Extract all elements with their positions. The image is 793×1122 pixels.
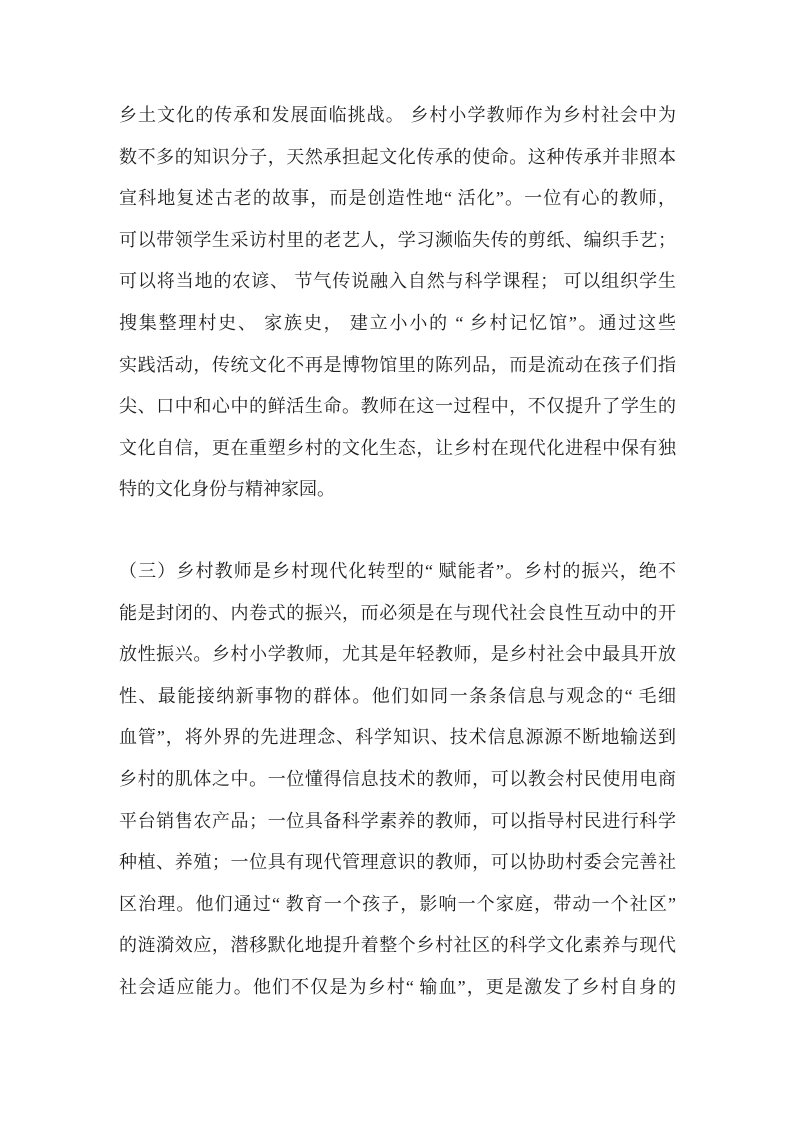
text-line: 社会适应能力。他们不仅是为乡村“ 输血”，更是激发了乡村自身的 (119, 967, 676, 1009)
paragraph-culture-inheritance: 乡土文化的传承和发展面临挑战。 乡村小学教师作为乡村社会中为数不多的知识分子，天… (119, 95, 676, 511)
text-line: 血管”，将外界的先进理念、科学知识、技术信息源源不断地输送到 (119, 717, 676, 759)
text-line: 特的文化身份与精神家园。 (119, 469, 676, 511)
text-line: （三）乡村教师是乡村现代化转型的“ 赋能者”。乡村的振兴，绝不 (119, 551, 676, 593)
text-line: 宣科地复述古老的故事，而是创造性地“ 活化”。一位有心的教师， (119, 178, 676, 220)
text-line: 实践活动，传统文化不再是博物馆里的陈列品，而是流动在孩子们指 (119, 345, 676, 387)
text-line: 搜集整理村史、 家族史， 建立小小的 “ 乡村记忆馆”。通过这些 (119, 303, 676, 345)
text-line: 文化自信，更在重塑乡村的文化生态，让乡村在现代化进程中保有独 (119, 428, 676, 470)
text-line: 平台销售农产品；一位具备科学素养的教师，可以指导村民进行科学 (119, 801, 676, 843)
text-line: 能是封闭的、内卷式的振兴，而必须是在与现代社会良性互动中的开 (119, 593, 676, 635)
text-line: 乡村的肌体之中。一位懂得信息技术的教师，可以教会村民使用电商 (119, 759, 676, 801)
text-line: 可以带领学生采访村里的老艺人，学习濒临失传的剪纸、编织手艺； (119, 220, 676, 262)
document-page: 乡土文化的传承和发展面临挑战。 乡村小学教师作为乡村社会中为数不多的知识分子，天… (0, 0, 793, 1122)
paragraph-modernization-enabler: （三）乡村教师是乡村现代化转型的“ 赋能者”。乡村的振兴，绝不能是封闭的、内卷式… (119, 551, 676, 1009)
text-line: 的涟漪效应，潜移默化地提升着整个乡村社区的科学文化素养与现代 (119, 925, 676, 967)
text-line: 放性振兴。乡村小学教师，尤其是年轻教师，是乡村社会中最具开放 (119, 634, 676, 676)
text-line: 区治理。他们通过“ 教育一个孩子，影响一个家庭，带动一个社区” (119, 884, 676, 926)
text-line: 种植、养殖；一位具有现代管理意识的教师，可以协助村委会完善社 (119, 842, 676, 884)
text-line: 尖、口中和心中的鲜活生命。教师在这一过程中，不仅提升了学生的 (119, 386, 676, 428)
text-line: 可以将当地的农谚、 节气传说融入自然与科学课程； 可以组织学生 (119, 261, 676, 303)
text-line: 乡土文化的传承和发展面临挑战。 乡村小学教师作为乡村社会中为 (119, 95, 676, 137)
text-line: 性、最能接纳新事物的群体。他们如同一条条信息与观念的“ 毛细 (119, 676, 676, 718)
text-line: 数不多的知识分子，天然承担起文化传承的使命。这种传承并非照本 (119, 137, 676, 179)
